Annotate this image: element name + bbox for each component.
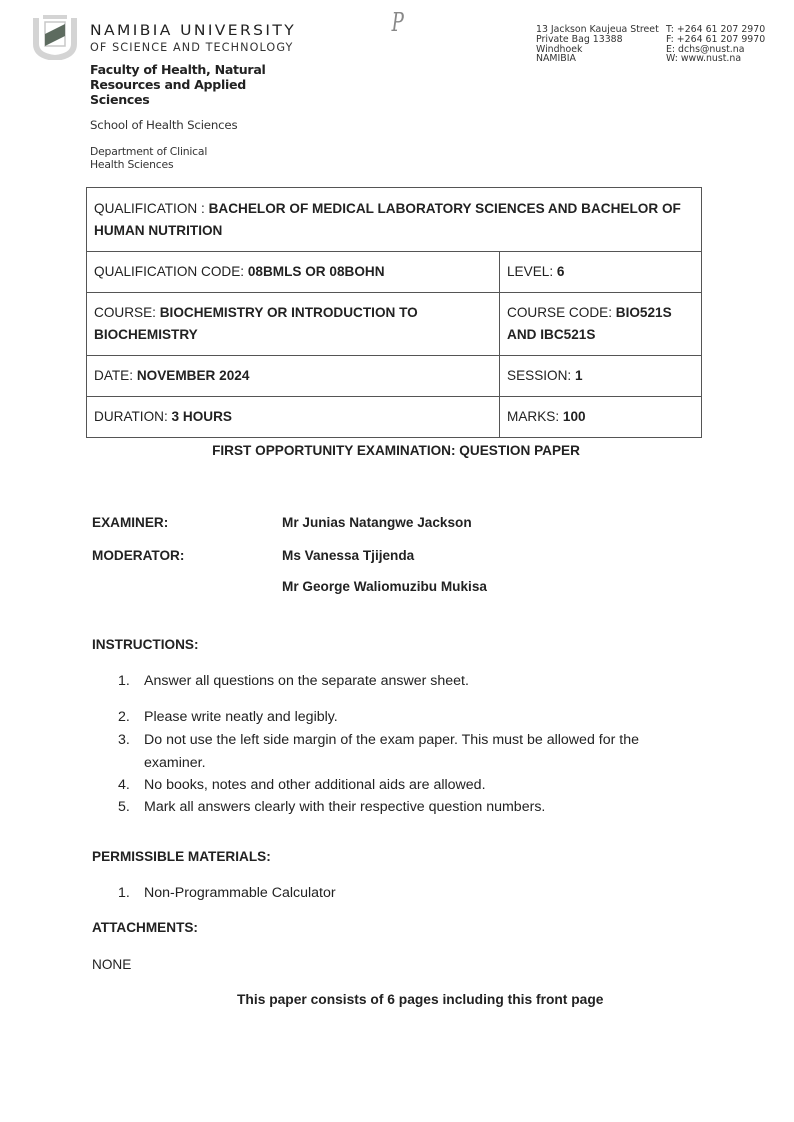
attachments-heading: ATTACHMENTS: (92, 920, 198, 935)
level-label: LEVEL: (507, 264, 557, 279)
duration-cell: DURATION: 3 HOURS (87, 397, 500, 438)
date-cell: DATE: NOVEMBER 2024 (87, 356, 500, 397)
permissible-item: 1.Non-Programmable Calculator (118, 885, 336, 901)
university-subtitle: OF SCIENCE AND TECHNOLOGY (90, 41, 293, 54)
marks-value: 100 (563, 409, 586, 424)
address-block: 13 Jackson Kaujeua Street Private Bag 13… (536, 25, 659, 64)
item-number: 4. (118, 777, 144, 793)
permissible-text: Non-Programmable Calculator (144, 885, 336, 901)
university-name: NAMIBIA UNIVERSITY (90, 22, 296, 39)
instructions-heading: INSTRUCTIONS: (92, 637, 198, 652)
qualification-label: QUALIFICATION : (94, 201, 209, 216)
instruction-item: 3.Do not use the left side margin of the… (118, 732, 639, 748)
instruction-text: Answer all questions on the separate ans… (144, 673, 469, 689)
handwritten-mark: P (392, 8, 404, 38)
examiner-name: Mr Junias Natangwe Jackson (282, 515, 472, 530)
faculty-line: Faculty of Health, Natural (90, 62, 290, 77)
instruction-item: 4.No books, notes and other additional a… (118, 777, 486, 793)
duration-label: DURATION: (94, 409, 172, 424)
examiner-label: EXAMINER: (92, 515, 168, 530)
marks-cell: MARKS: 100 (500, 397, 702, 438)
table-row: DURATION: 3 HOURS MARKS: 100 (87, 397, 702, 438)
contact-block: T: +264 61 207 2970 F: +264 61 207 9970 … (666, 25, 765, 64)
attachments-value: NONE (92, 957, 131, 972)
exam-title-text: FIRST OPPORTUNITY EXAMINATION: QUESTION … (212, 443, 580, 458)
instruction-text: Do not use the left side margin of the e… (144, 732, 639, 748)
page-count-note: This paper consists of 6 pages including… (237, 992, 603, 1007)
permissible-heading: PERMISSIBLE MATERIALS: (92, 849, 271, 864)
faculty-line: Sciences (90, 92, 290, 107)
instruction-text: No books, notes and other additional aid… (144, 777, 486, 793)
date-value: NOVEMBER 2024 (137, 368, 250, 383)
contact-website: W: www.nust.na (666, 54, 765, 64)
item-number: 2. (118, 709, 144, 725)
level-cell: LEVEL: 6 (500, 252, 702, 293)
marks-label: MARKS: (507, 409, 563, 424)
qualification-code-cell: QUALIFICATION CODE: 08BMLS OR 08BOHN (87, 252, 500, 293)
duration-value: 3 HOURS (172, 409, 232, 424)
table-row: COURSE: BIOCHEMISTRY OR INTRODUCTION TO … (87, 293, 702, 356)
item-number: 1. (118, 673, 144, 689)
qualification-code-value: 08BMLS OR 08BOHN (248, 264, 385, 279)
department-line: Health Sciences (90, 159, 250, 172)
table-row: QUALIFICATION : BACHELOR OF MEDICAL LABO… (87, 188, 702, 252)
instruction-text: Mark all answers clearly with their resp… (144, 799, 545, 815)
moderator-name: Mr George Waliomuzibu Mukisa (282, 579, 487, 594)
item-number: 5. (118, 799, 144, 815)
department-line: Department of Clinical (90, 146, 250, 159)
instruction-text: Please write neatly and legibly. (144, 709, 338, 725)
moderator-label: MODERATOR: (92, 548, 184, 563)
course-code-cell: COURSE CODE: BIO521S AND IBC521S (500, 293, 702, 356)
moderator-name: Ms Vanessa Tjijenda (282, 548, 414, 563)
nust-logo-icon (30, 14, 80, 60)
item-number: 1. (118, 885, 144, 901)
qualification-code-label: QUALIFICATION CODE: (94, 264, 248, 279)
course-label: COURSE: (94, 305, 160, 320)
exam-title: FIRST OPPORTUNITY EXAMINATION: QUESTION … (0, 443, 794, 458)
instruction-item: 5.Mark all answers clearly with their re… (118, 799, 545, 815)
school-name: School of Health Sciences (90, 118, 237, 132)
session-value: 1 (575, 368, 583, 383)
qualification-cell: QUALIFICATION : BACHELOR OF MEDICAL LABO… (87, 188, 702, 252)
exam-info-table: QUALIFICATION : BACHELOR OF MEDICAL LABO… (86, 187, 702, 438)
instruction-item: 2.Please write neatly and legibly. (118, 709, 338, 725)
department-name: Department of Clinical Health Sciences (90, 146, 250, 171)
session-label: SESSION: (507, 368, 575, 383)
course-code-label: COURSE CODE: (507, 305, 616, 320)
table-row: QUALIFICATION CODE: 08BMLS OR 08BOHN LEV… (87, 252, 702, 293)
date-label: DATE: (94, 368, 137, 383)
instruction-continuation: examiner. (144, 755, 206, 771)
item-number: 3. (118, 732, 144, 748)
faculty-name: Faculty of Health, Natural Resources and… (90, 62, 290, 107)
address-line: NAMIBIA (536, 54, 659, 64)
instruction-item: 1.Answer all questions on the separate a… (118, 673, 469, 689)
faculty-line: Resources and Applied (90, 77, 290, 92)
level-value: 6 (557, 264, 565, 279)
session-cell: SESSION: 1 (500, 356, 702, 397)
table-row: DATE: NOVEMBER 2024 SESSION: 1 (87, 356, 702, 397)
course-cell: COURSE: BIOCHEMISTRY OR INTRODUCTION TO … (87, 293, 500, 356)
